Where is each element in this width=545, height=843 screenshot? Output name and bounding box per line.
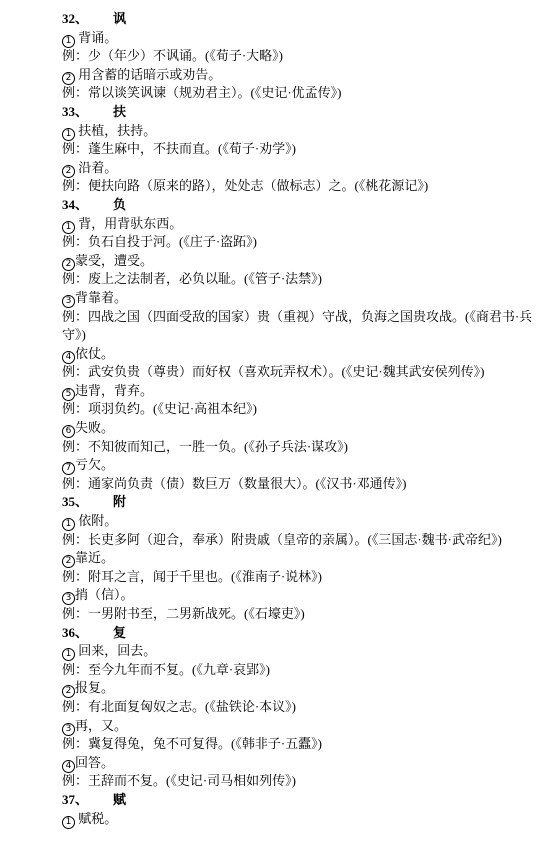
circled-number-icon: 3: [62, 295, 75, 308]
circled-number-icon: 1: [62, 35, 75, 48]
example-line: 例：项羽负约。(《史记·高祖本纪》): [62, 400, 537, 419]
definition-line: 4回答。: [62, 754, 537, 773]
example-line: 例：有北面复匈奴之志。(《盐铁论·本议》): [62, 698, 537, 717]
example-line: 例：便扶向路（原来的路），处处志（做标志）之。(《桃花源记》): [62, 177, 537, 196]
entry-header: 37、赋: [62, 791, 537, 810]
line-text: 例：四战之国（四面受敌的国家）贵（重视）守战，负海之国贵攻战。(《商君书·兵: [62, 309, 532, 324]
circled-number-icon: 2: [62, 165, 75, 178]
line-text: 例：附耳之言，闻于千里也。(《淮南子·说林》): [62, 569, 322, 584]
example-line: 例：附耳之言，闻于千里也。(《淮南子·说林》): [62, 568, 537, 587]
line-text: 例：项羽负约。(《史记·高祖本纪》): [62, 401, 257, 416]
line-text: 例：武安负贵（尊贵）而好权（喜欢玩弄权术）。(《史记·魏其武安侯列传》): [62, 364, 485, 379]
circled-number-icon: 7: [62, 462, 75, 475]
circled-number-icon: 1: [62, 648, 75, 661]
entry-word: 讽: [113, 11, 126, 26]
circled-number-icon: 4: [62, 760, 75, 773]
definition-line: 7亏欠。: [62, 456, 537, 475]
line-text: 例：少（年少）不讽诵。(《荀子·大略》): [62, 48, 283, 63]
example-line: 例：蓬生麻中，不扶而直。(《荀子·劝学》): [62, 140, 537, 159]
circled-number-icon: 2: [62, 685, 75, 698]
line-text: 背，用背驮东西。: [75, 216, 182, 231]
example-line: 例：少（年少）不讽诵。(《荀子·大略》): [62, 47, 537, 66]
line-text: 例：常以谈笑讽谏（规劝君主）。(《史记·优孟传》): [62, 85, 342, 100]
example-line: 例：长吏多阿（迎合，奉承）附贵戚（皇帝的亲属）。(《三国志·魏书·武帝纪》): [62, 531, 537, 550]
line-text: 蒙受，遭受。: [75, 253, 153, 268]
definition-line: 1 背诵。: [62, 29, 537, 48]
example-line: 例：武安负贵（尊贵）而好权（喜欢玩弄权术）。(《史记·魏其武安侯列传》): [62, 363, 537, 382]
definition-line: 2靠近。: [62, 549, 537, 568]
example-line: 例：王辞而不复。(《史记·司马相如列传》): [62, 772, 537, 791]
line-text: 靠近。: [75, 550, 114, 565]
example-line: 例：至今九年而不复。(《九章·哀郢》): [62, 661, 537, 680]
line-text: 依仗。: [75, 346, 114, 361]
definition-line: 3再，又。: [62, 717, 537, 736]
example-line: 例：废上之法制者，必负以耻。(《管子·法禁》): [62, 270, 537, 289]
definition-line: 3捎（信）。: [62, 586, 537, 605]
line-text: 沿着。: [75, 160, 117, 175]
definition-line: 1 依附。: [62, 512, 537, 531]
entry-number: 33、: [62, 104, 88, 119]
entry-word: 赋: [113, 792, 126, 807]
line-text: 捎（信）。: [75, 587, 134, 602]
line-text: 例：废上之法制者，必负以耻。(《管子·法禁》): [62, 271, 322, 286]
circled-number-icon: 6: [62, 425, 75, 438]
entry-header: 33、扶: [62, 103, 537, 122]
line-text: 背诵。: [75, 30, 117, 45]
entry-number: 37、: [62, 792, 88, 807]
definition-line: 2 沿着。: [62, 159, 537, 178]
circled-number-icon: 1: [62, 816, 75, 829]
entry-word: 负: [113, 197, 126, 212]
definition-line: 1 背，用背驮东西。: [62, 215, 537, 234]
line-text: 例：至今九年而不复。(《九章·哀郢》): [62, 662, 270, 677]
line-text: 例：长吏多阿（迎合，奉承）附贵戚（皇帝的亲属）。(《三国志·魏书·武帝纪》): [62, 532, 502, 547]
entry-word: 扶: [113, 104, 126, 119]
definition-line: 6失败。: [62, 419, 537, 438]
line-text: 失败。: [75, 420, 114, 435]
example-line: 例：常以谈笑讽谏（规劝君主）。(《史记·优孟传》): [62, 84, 537, 103]
line-text: 例：一男附书至，二男新战死。(《石壕吏》): [62, 606, 305, 621]
line-text: 例：有北面复匈奴之志。(《盐铁论·本议》): [62, 699, 296, 714]
definition-line: 1 回来，回去。: [62, 642, 537, 661]
document-page: 32、讽1 背诵。例：少（年少）不讽诵。(《荀子·大略》)2 用含蓄的话暗示或劝…: [0, 0, 545, 843]
line-text: 例：不知彼而知己，一胜一负。(《孙子兵法·谋攻》): [62, 439, 348, 454]
line-text: 报复。: [75, 680, 114, 695]
circled-number-icon: 1: [62, 221, 75, 234]
example-line: 例：四战之国（四面受敌的国家）贵（重视）守战，负海之国贵攻战。(《商君书·兵: [62, 308, 537, 327]
circled-number-icon: 2: [62, 72, 75, 85]
definition-line: 1 扶植，扶持。: [62, 122, 537, 141]
entry-word: 附: [113, 494, 126, 509]
line-text: 例：王辞而不复。(《史记·司马相如列传》): [62, 773, 296, 788]
line-text: 例：负石自投于河。(《庄子·盗跖》): [62, 234, 257, 249]
example-line: 守》): [62, 326, 537, 345]
example-line: 例：冀复得兔，兔不可复得。(《韩非子·五蠹》): [62, 735, 537, 754]
entry-header: 35、附: [62, 493, 537, 512]
circled-number-icon: 3: [62, 592, 75, 605]
example-line: 例：不知彼而知己，一胜一负。(《孙子兵法·谋攻》): [62, 438, 537, 457]
definition-line: 2 用含蓄的话暗示或劝告。: [62, 66, 537, 85]
line-text: 再，又。: [75, 718, 127, 733]
definition-line: 4依仗。: [62, 345, 537, 364]
definition-line: 5违背，背弃。: [62, 382, 537, 401]
line-text: 例：冀复得兔，兔不可复得。(《韩非子·五蠹》): [62, 736, 322, 751]
circled-number-icon: 3: [62, 723, 75, 736]
circled-number-icon: 5: [62, 388, 75, 401]
entry-number: 32、: [62, 11, 88, 26]
circled-number-icon: 4: [62, 351, 75, 364]
definition-line: 3背靠着。: [62, 289, 537, 308]
line-text: 回答。: [75, 755, 114, 770]
line-text: 亏欠。: [75, 457, 114, 472]
line-text: 依附。: [75, 513, 117, 528]
document-body: 32、讽1 背诵。例：少（年少）不讽诵。(《荀子·大略》)2 用含蓄的话暗示或劝…: [62, 10, 537, 828]
entry-header: 34、负: [62, 196, 537, 215]
line-text: 回来，回去。: [75, 643, 156, 658]
line-text: 赋税。: [75, 811, 117, 826]
line-text: 扶植，扶持。: [75, 123, 156, 138]
circled-number-icon: 1: [62, 128, 75, 141]
line-text: 背靠着。: [75, 290, 127, 305]
line-text: 违背，背弃。: [75, 383, 153, 398]
entry-header: 32、讽: [62, 10, 537, 29]
definition-line: 1 赋税。: [62, 810, 537, 829]
example-line: 例：通家尚负责（债）数巨万（数量很大）。(《汉书·邓通传》): [62, 475, 537, 494]
definition-line: 2报复。: [62, 679, 537, 698]
circled-number-icon: 2: [62, 555, 75, 568]
example-line: 例：一男附书至，二男新战死。(《石壕吏》): [62, 605, 537, 624]
circled-number-icon: 1: [62, 518, 75, 531]
definition-line: 2蒙受，遭受。: [62, 252, 537, 271]
entry-number: 34、: [62, 197, 88, 212]
example-line: 例：负石自投于河。(《庄子·盗跖》): [62, 233, 537, 252]
entry-word: 复: [113, 625, 126, 640]
line-text: 例：便扶向路（原来的路），处处志（做标志）之。(《桃花源记》): [62, 178, 428, 193]
line-text: 用含蓄的话暗示或劝告。: [75, 67, 221, 82]
line-text: 守》): [62, 327, 86, 342]
circled-number-icon: 2: [62, 258, 75, 271]
entry-number: 36、: [62, 625, 88, 640]
line-text: 例：通家尚负责（债）数巨万（数量很大）。(《汉书·邓通传》): [62, 476, 407, 491]
entry-header: 36、复: [62, 624, 537, 643]
entry-number: 35、: [62, 494, 88, 509]
line-text: 例：蓬生麻中，不扶而直。(《荀子·劝学》): [62, 141, 296, 156]
